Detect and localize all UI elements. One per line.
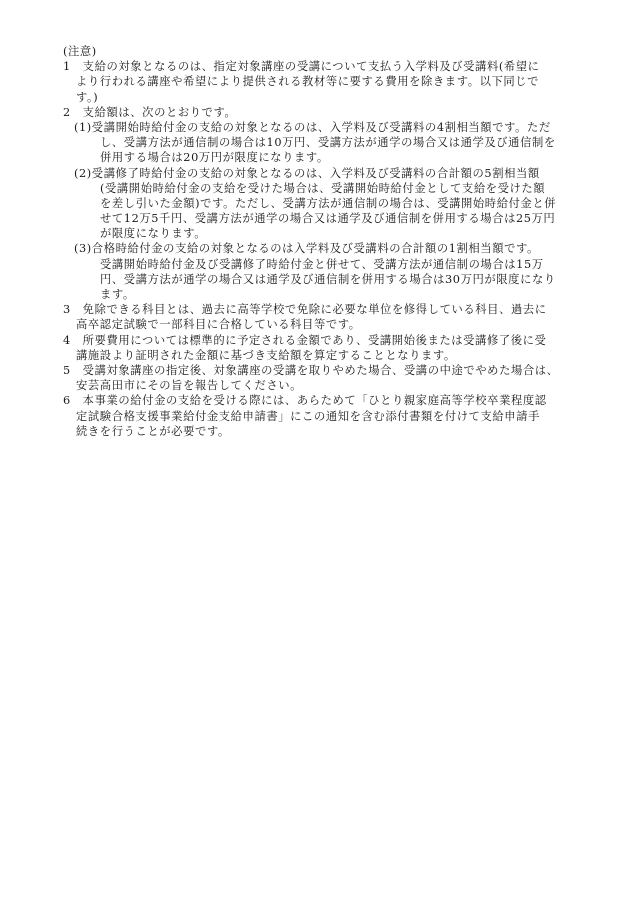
notes-body: 1 支給の対象となるのは、指定対象講座の受講について支払う入学料及び受講料(希望…	[63, 59, 585, 439]
note-line: 3 免除できる科目とは、過去に高等学校で免除に必要な単位を修得している科目、過去…	[63, 302, 585, 317]
note-line: 2 支給額は、次のとおりです。	[63, 105, 585, 120]
note-line: (3)合格時給付金の支給の対象となるのは入学料及び受講料の合計額の1割相当額です…	[63, 241, 585, 256]
note-line: 安芸高田市にその旨を報告してください。	[63, 378, 585, 393]
note-line: を差し引いた金額)です。ただし、受講方法が通信制の場合は、受講開始時給付金と併	[63, 196, 585, 211]
note-line: が限度になります。	[63, 226, 585, 241]
note-line: 続きを行うことが必要です。	[63, 424, 585, 439]
note-line: 定試験合格支援事業給付金支給申請書」にこの通知を含む添付書類を付けて支給申請手	[63, 409, 585, 424]
note-line: 高卒認定試験で一部科目に合格している科目等です。	[63, 317, 585, 332]
note-line: (1)受講開始時給付金の支給の対象となるのは、入学料及び受講料の4割相当額です。…	[63, 120, 585, 135]
note-line: 受講開始時給付金及び受講修了時給付金と併せて、受講方法が通信制の場合は15万	[63, 257, 585, 272]
note-line: 併用する場合は20万円が限度になります。	[63, 150, 585, 165]
note-line: (受講開始時給付金の支給を受けた場合は、受講開始時給付金として支給を受けた額	[63, 181, 585, 196]
note-line: ます。	[63, 287, 585, 302]
note-line: 4 所要費用については標準的に予定される金額であり、受講開始後または受講修了後に…	[63, 333, 585, 348]
note-line: (2)受講修了時給付金の支給の対象となるのは、入学料及び受講料の合計額の5割相当…	[63, 166, 585, 181]
note-line: 講施設より証明された金額に基づき支給額を算定することとなります。	[63, 348, 585, 363]
note-line: 6 本事業の給付金の支給を受ける際には、あらためて「ひとり親家庭高等学校卒業程度…	[63, 393, 585, 408]
note-line: 円、受講方法が通学の場合又は通学及び通信制を併用する場合は30万円が限度になり	[63, 272, 585, 287]
note-line: 5 受講対象講座の指定後、対象講座の受講を取りやめた場合、受講の中途でやめた場合…	[63, 363, 585, 378]
notes-document: (注意) 1 支給の対象となるのは、指定対象講座の受講について支払う入学料及び受…	[63, 44, 585, 439]
note-line: せて12万5千円、受講方法が通学の場合又は通学及び通信制を併用する場合は25万円	[63, 211, 585, 226]
note-line: し、受講方法が通信制の場合は10万円、受講方法が通学の場合又は通学及び通信制を	[63, 135, 585, 150]
note-line: 1 支給の対象となるのは、指定対象講座の受講について支払う入学料及び受講料(希望…	[63, 59, 585, 74]
note-line: す。)	[63, 90, 585, 105]
notes-heading: (注意)	[63, 44, 585, 59]
note-line: より行われる講座や希望により提供される教材等に要する費用を除きます。以下同じで	[63, 74, 585, 89]
